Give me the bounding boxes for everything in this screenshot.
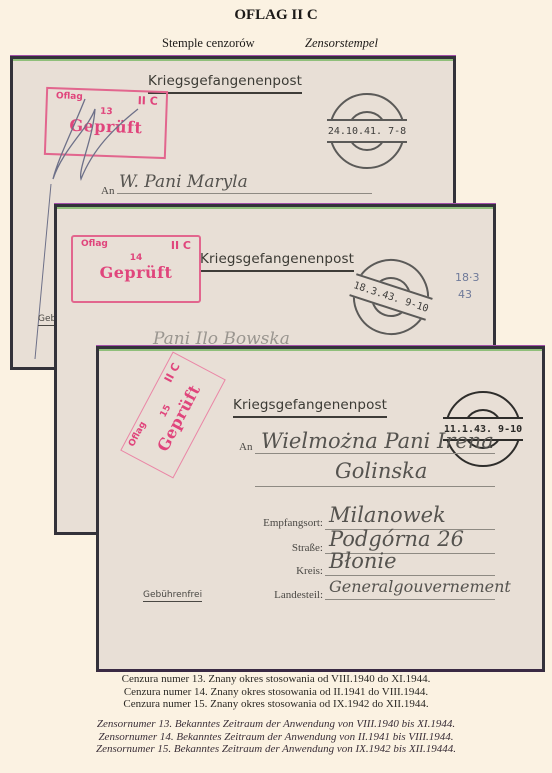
caption-pl-15: Cenzura numer 15. Znany okres stosowania…	[0, 698, 552, 711]
field-value-landesteil: Generalgouvernement	[329, 577, 511, 596]
captions-polish: Cenzura numer 13. Znany okres stosowania…	[0, 673, 552, 711]
field-label-empfangsort: Empfangsort:	[239, 517, 323, 529]
censor-camp: Oflag	[81, 239, 108, 252]
censor-stamp-text: Geprüft	[73, 263, 199, 282]
censor-stamp: OflagII C 15 Geprüft	[120, 351, 226, 478]
field-label-kreis: Kreis:	[239, 565, 323, 577]
field-value-empfangsort: Milanowek	[329, 503, 446, 527]
address-line-2: Golinska	[335, 459, 427, 483]
address-label: An	[101, 185, 114, 197]
address-line-1: Wielmożna Pani Irena	[261, 429, 494, 453]
pencil-note: 18·3 43	[455, 269, 480, 303]
captions-german: Zensornumer 13. Bekanntes Zeitraum der A…	[0, 718, 552, 756]
postmark: 24.10.41. 7-8	[329, 93, 405, 169]
address-label: An	[239, 441, 252, 453]
field-value-kreis: Błonie	[329, 549, 397, 573]
censor-camp-code: II C	[171, 239, 191, 252]
postmark: 18.3.43. 9-10	[343, 249, 439, 345]
caption-pl-13: Cenzura numer 13. Znany okres stosowania…	[0, 673, 552, 686]
subtitle-german: Zensorstempel	[305, 36, 378, 51]
caption-pl-14: Cenzura numer 14. Znany okres stosowania…	[0, 686, 552, 699]
caption-de-14: Zensornumer 14. Bekanntes Zeitraum der A…	[0, 731, 552, 744]
page-title: OFLAG II C	[0, 7, 552, 24]
postmark-date: 24.10.41. 7-8	[327, 119, 407, 143]
field-label-landesteil: Landesteil:	[239, 589, 323, 601]
field-value-strasse: Podgórna 26	[329, 527, 464, 551]
fee-free-label: Gebührenfrei	[143, 590, 202, 602]
card-header: Kriegsgefangenenpost	[233, 397, 387, 418]
caption-de-15: Zensornumer 15. Bekanntes Zeitraum der A…	[0, 743, 552, 756]
censor-number: 14	[73, 253, 199, 263]
field-label-strasse: Straße:	[239, 542, 323, 554]
censor-stamp: OflagII C 14 Geprüft	[71, 235, 201, 303]
address-line-1: W. Pani Maryla	[119, 172, 248, 192]
card-header: Kriegsgefangenenpost	[148, 73, 302, 94]
caption-de-13: Zensornumer 13. Bekanntes Zeitraum der A…	[0, 718, 552, 731]
card-header: Kriegsgefangenenpost	[200, 251, 354, 272]
subtitle-polish: Stemple cenzorów	[162, 36, 255, 51]
postcard-censor-15: Kriegsgefangenenpost OflagII C 15 Geprüf…	[96, 346, 545, 672]
